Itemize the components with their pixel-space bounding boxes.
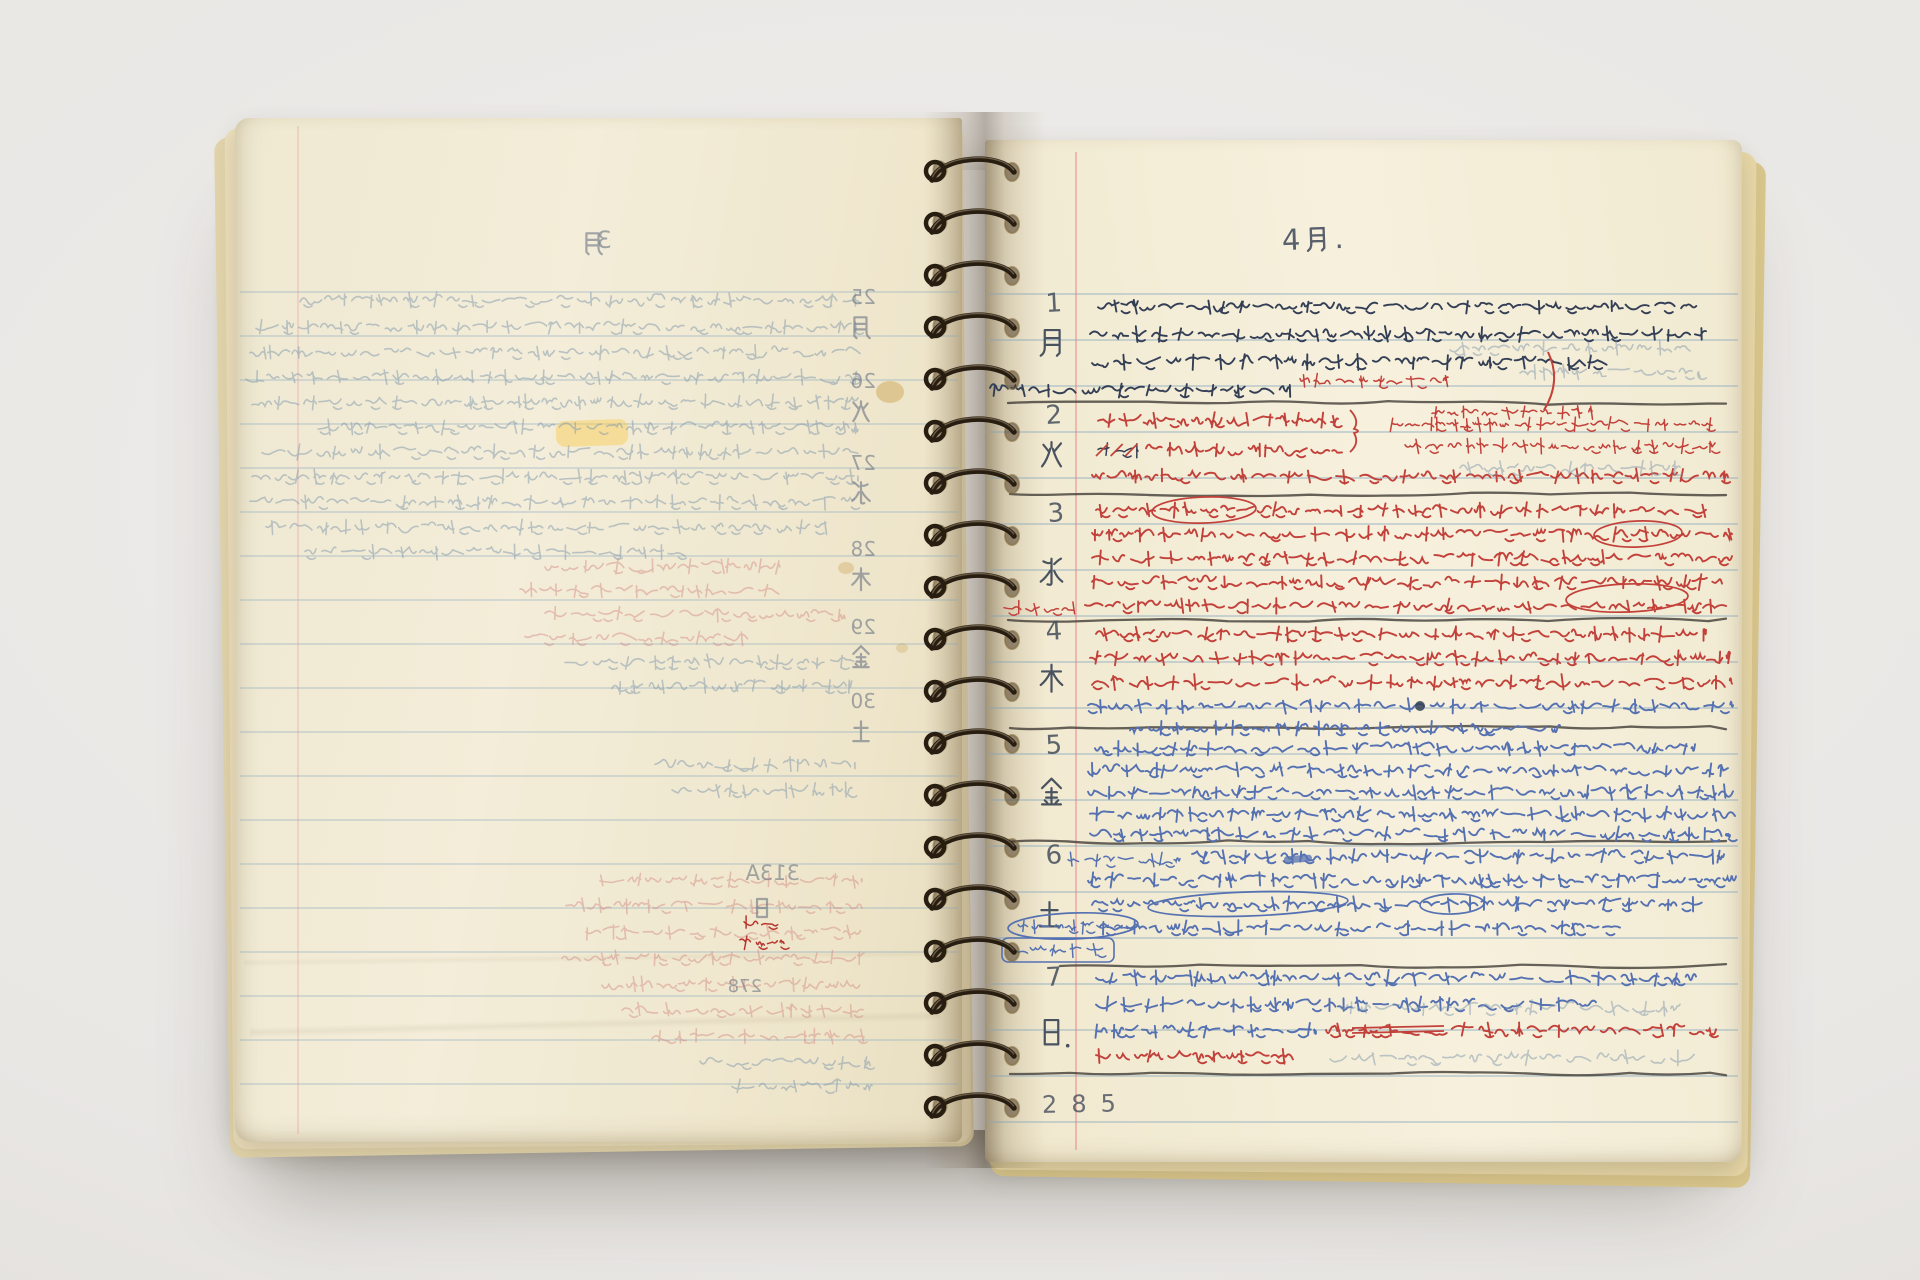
ink-blob [1415,701,1425,711]
ghost-text-row [545,558,780,574]
diary-entry: 6 [1010,840,1736,957]
ghost-text-row [1330,1050,1694,1065]
handwriting-row [1096,502,1706,518]
weekday-label [1042,779,1061,805]
brace-annotation [1350,410,1358,452]
ghost-text-row [520,582,779,597]
ghost-weekday-label [852,568,870,590]
month-digit: 4 [1281,222,1301,257]
ghost-date-label: 27 [851,451,876,475]
stain-mark [838,562,854,574]
ghost-date-label: 26 [851,369,876,393]
ghost-kanji [757,899,767,917]
ghost-number: 278 [728,976,762,997]
diary-entry: 2 [1042,400,1730,484]
handwriting-row [1390,417,1715,432]
ghost-date-label: 30 [851,689,876,713]
handwriting-row [740,936,789,949]
month-title: 4 . [1281,221,1344,261]
handwriting-row [1405,438,1720,454]
ghost-text-row [655,757,855,772]
date-label: 7 [1045,962,1063,993]
ghost-number: 313A [745,861,800,885]
weekday-label [1041,330,1060,356]
handwriting-row [1092,550,1732,566]
ghost-text-row [1450,341,1690,356]
diary-entry: 4 [1041,616,1733,735]
weekday-label [1042,442,1061,466]
ghost-text-row [600,872,862,888]
handwriting-row [1098,412,1342,428]
ghost-text-row [612,678,852,694]
handwriting-row [1096,1049,1293,1064]
diary-entry: 7 [1045,962,1718,1065]
handwriting-row [1192,849,1724,864]
handwriting-row [1092,526,1732,542]
ghost-text-row [252,469,858,485]
ghost-text-row [565,654,854,670]
ghost-weekday-label [852,482,870,503]
handwriting-row [1010,944,1106,958]
separator-line [1060,964,1726,968]
ghost-weekday-label [853,646,868,667]
handwriting-row [1068,852,1180,867]
ghost-text-row [732,1079,872,1094]
ghost-month-kanji [586,233,601,254]
handwriting-row [1100,920,1620,935]
photo-background: 252627282930313A27831234567 4 . 285 [0,0,1920,1280]
ghost-text-row [256,319,863,334]
handwriting-row [1432,406,1593,420]
ghost-text-row [586,925,861,940]
handwriting-row [1090,806,1735,822]
handwriting-row [1090,827,1737,843]
ghost-text-row [652,1028,867,1044]
separator-line [1010,1072,1726,1075]
handwriting-row [1096,626,1706,642]
handwriting-row [1088,872,1736,888]
right-page-art: 1234567 [990,152,1738,1150]
diary-entry: 5 [1042,730,1737,842]
ghost-text-row [266,519,827,535]
month-kanji-icon [1305,224,1330,260]
date-label: 4 [1045,616,1063,647]
ghost-text-row [262,444,858,460]
date-label: 1 [1045,288,1063,319]
weekday-label [1045,1020,1059,1044]
date-label: 5 [1045,730,1063,761]
date-label: 6 [1045,840,1063,871]
handwriting-row [1092,574,1722,590]
ghost-date-label: 25 [851,285,876,309]
handwriting-row [1088,763,1728,778]
ghost-text-row [672,782,857,798]
handwriting-row [1088,698,1733,714]
ghost-text-row [566,898,862,914]
ghost-text-row [250,345,860,360]
diary-entry: 3 [1004,498,1732,615]
ghost-text-row [300,292,860,308]
separator-line [1010,493,1726,496]
ghost-weekday-label [853,721,868,741]
ghost-text-row [622,1003,863,1018]
ghost-text-row [545,607,845,622]
handwriting-row [1090,650,1730,666]
ghost-text-row [1520,365,1706,381]
ghost-text-row [252,394,858,410]
page-number: 285 [1042,1089,1130,1119]
handwriting-row [1092,674,1732,690]
handwriting-row [1096,996,1596,1012]
handwriting-layer: 252627282930313A27831234567 [0,0,1920,1280]
handwriting-row [1092,354,1607,370]
handwriting-row [1092,469,1730,484]
handwriting-row [1146,442,1342,457]
month-kanji-glyph [1305,224,1330,253]
ghost-text-row [246,369,860,385]
handwriting-row [1004,601,1075,616]
handwriting-row [1098,300,1696,314]
month-suffix: . [1334,221,1344,255]
weekday-label [1041,559,1063,585]
ghost-date-label: 28 [851,537,876,561]
spiral-binding [926,158,1019,1117]
ghost-weekday-label [853,401,868,421]
separator-line [1008,618,1726,622]
stain-mark [876,381,904,403]
ghost-date-label: 29 [851,615,876,639]
date-label: 2 [1045,400,1063,431]
stain-mark [896,643,908,653]
handwriting-row [1092,896,1702,912]
ghost-text-row [250,495,859,510]
weekday-label [1041,665,1063,692]
weekday-period [1066,1044,1070,1048]
month-kanji-stroke [1308,228,1325,251]
ghost-text-row [700,1057,874,1069]
diary-entry: 1 [990,288,1706,419]
left-page-art: 252627282930313A2783 [240,126,958,1134]
date-label: 3 [1047,498,1065,529]
handwriting-row [1088,784,1733,800]
ghost-text-row [305,544,686,560]
separator-line [1008,401,1726,405]
